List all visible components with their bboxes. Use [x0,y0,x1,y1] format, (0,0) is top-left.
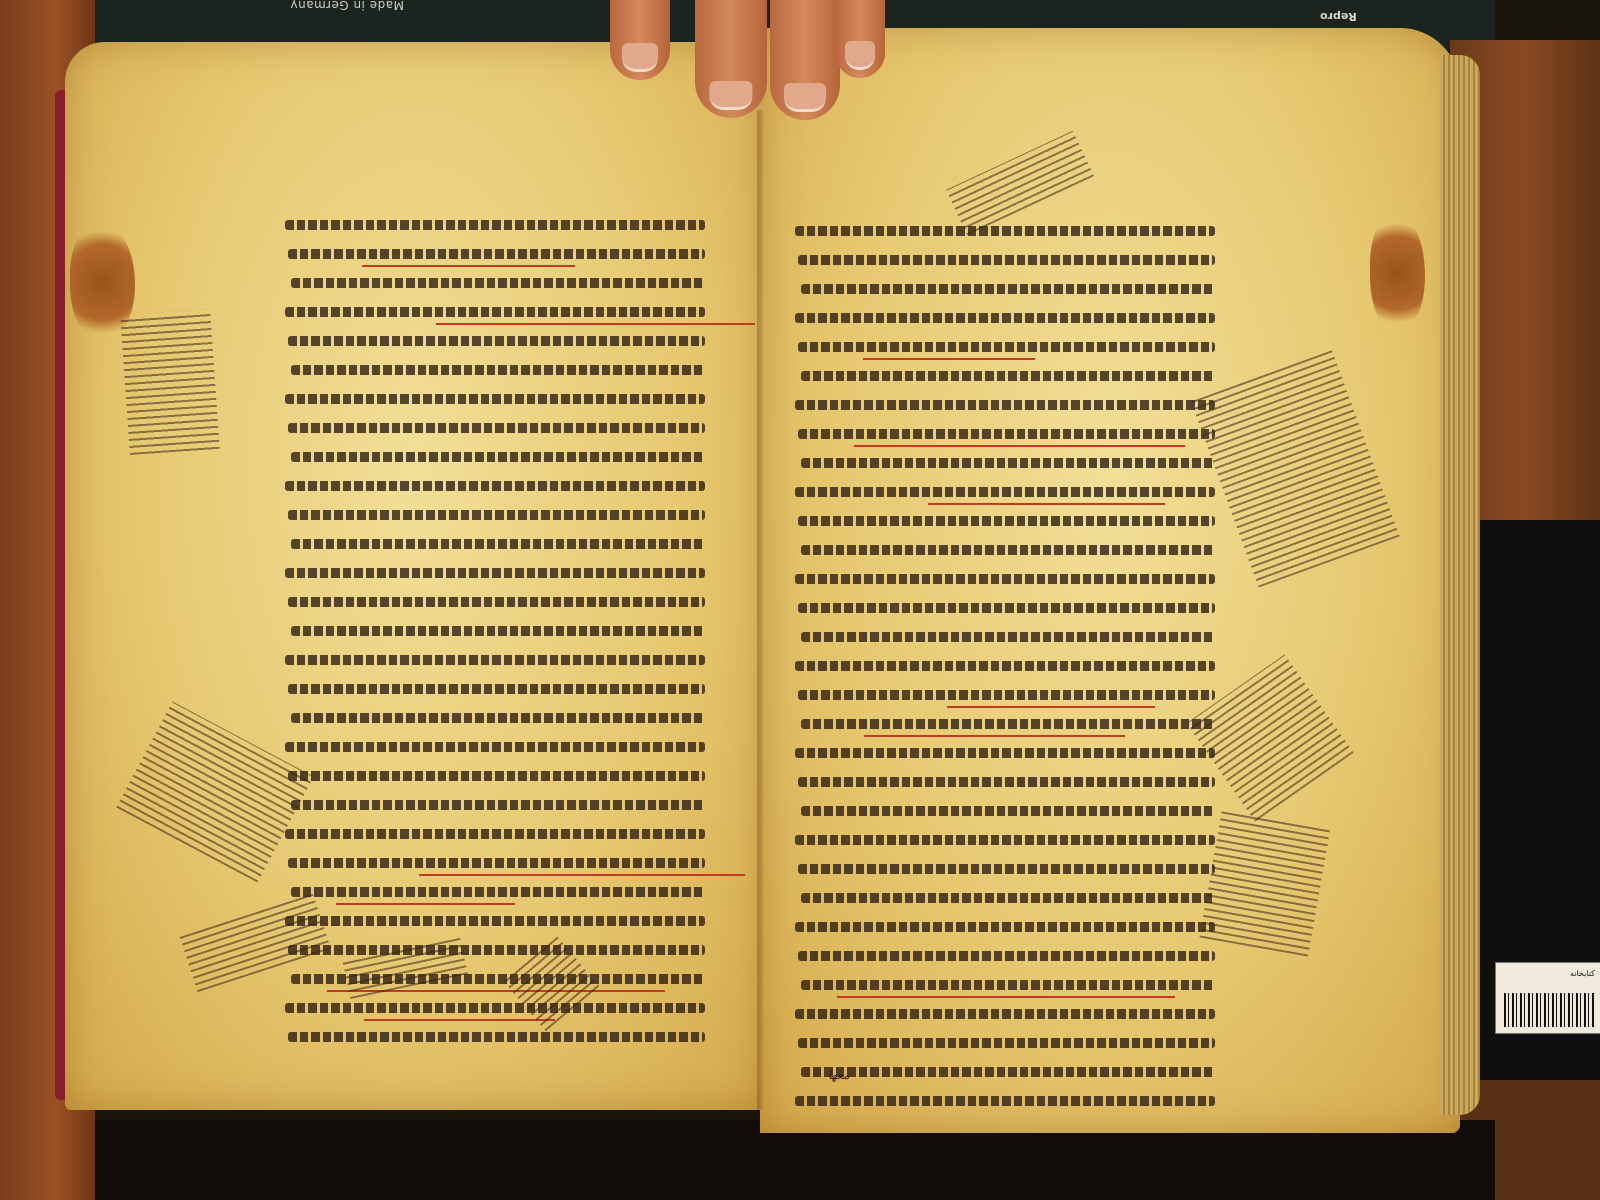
text-line [285,357,705,383]
left-main-text [285,212,705,1053]
text-line [795,769,1215,795]
text-line [795,1030,1215,1056]
text-line [795,537,1215,563]
barcode-text: کتابخانه [1570,969,1595,978]
text-line [795,711,1215,737]
rubric-rule [947,706,1155,708]
text-line [285,879,705,905]
text-line [285,212,705,238]
finger [695,0,767,118]
text-line [795,1001,1215,1027]
finger [770,0,840,120]
margin-note [1200,809,1331,956]
folio-catchword: معها [828,1068,849,1082]
text-line [285,589,705,615]
text-line [795,624,1215,650]
text-line [795,392,1215,418]
text-line [795,856,1215,882]
text-line [795,421,1215,447]
text-line [795,653,1215,679]
text-line [795,566,1215,592]
text-line [285,850,705,876]
rubric-rule [362,265,575,267]
text-line [285,763,705,789]
text-line [285,270,705,296]
rubric-rule [863,358,1035,360]
book-gutter [757,110,763,1110]
text-line [285,647,705,673]
text-line [795,1088,1215,1114]
text-line [285,995,705,1021]
text-line [285,502,705,528]
text-line [285,241,705,267]
text-line [795,334,1215,360]
text-line [285,531,705,557]
text-line [795,885,1215,911]
made-in-germany-label: Made in Germany [290,0,404,12]
text-line [285,705,705,731]
water-stain [1370,213,1425,333]
finger [835,0,885,78]
margin-note [1190,348,1399,587]
manuscript-left-page [65,42,765,1110]
text-line [285,473,705,499]
text-line [795,740,1215,766]
text-line [285,734,705,760]
text-line [285,444,705,470]
hand-holding-page [600,0,880,120]
text-line [285,1024,705,1050]
finger [610,0,670,80]
text-line [795,450,1215,476]
barcode-bars [1504,993,1594,1027]
text-line [285,821,705,847]
text-line [795,247,1215,273]
rubric-rule [864,735,1125,737]
rubric-rule [854,445,1185,447]
text-line [795,363,1215,389]
rubric-rule [436,323,755,325]
text-line [795,798,1215,824]
barcode-label: کتابخانه [1495,962,1600,1034]
repro-label: Repro [1320,10,1357,23]
text-line [285,618,705,644]
text-line [795,276,1215,302]
text-line [285,415,705,441]
text-line [285,792,705,818]
text-line [795,914,1215,940]
text-line [795,218,1215,244]
rubric-rule [419,874,745,876]
margin-note [120,309,220,455]
rubric-rule [928,503,1165,505]
text-line [795,479,1215,505]
page-edges [1440,55,1480,1115]
text-line [285,560,705,586]
text-line [285,676,705,702]
rubric-rule [336,903,515,905]
text-line [795,943,1215,969]
text-line [285,386,705,412]
text-line [285,328,705,354]
manuscript-right-page: معها [760,28,1460,1133]
text-line [795,682,1215,708]
text-line [795,1059,1215,1085]
text-line [285,299,705,325]
text-line [795,972,1215,998]
text-line [795,508,1215,534]
right-main-text [795,218,1215,1117]
text-line [795,305,1215,331]
rubric-rule [364,1019,555,1021]
text-line [285,908,705,934]
text-line [795,827,1215,853]
text-line [795,595,1215,621]
rubric-rule [837,996,1175,998]
